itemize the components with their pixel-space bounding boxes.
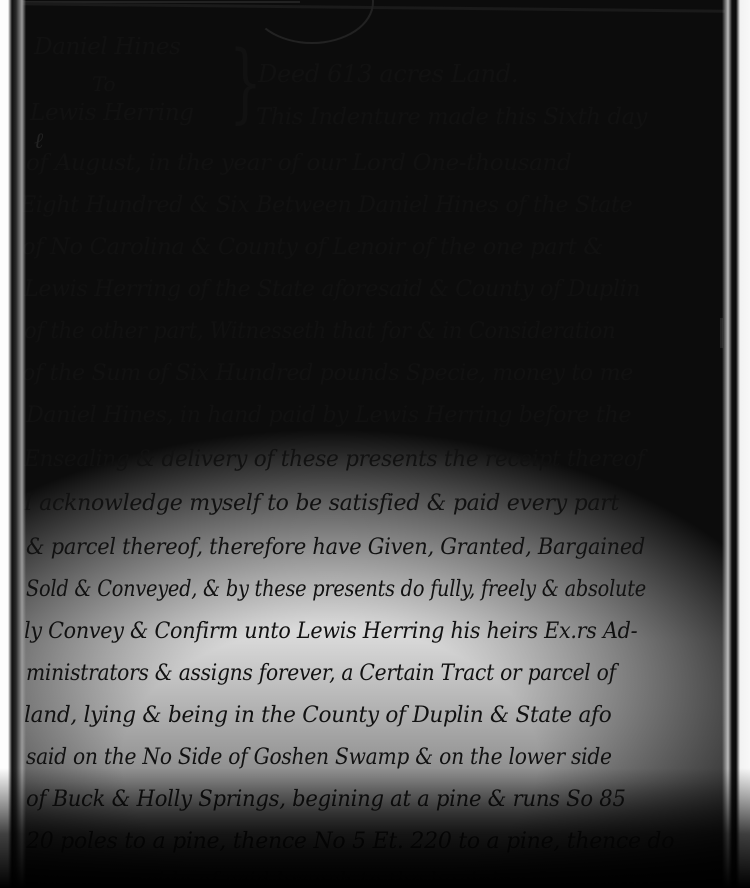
deed-line: Daniel Hines, in hand paid by Lewis Herr… (26, 402, 631, 428)
deed-line: ministrators & assigns forever, a Certai… (26, 660, 616, 686)
deed-title: Deed 613 acres Land. (258, 60, 518, 88)
deed-line: Ensealing & delivery of these presents t… (24, 446, 644, 472)
bottom-scan-shadow (0, 768, 750, 888)
deed-line: of No Carolina & County of Lenoir of the… (22, 234, 603, 260)
deed-line: ly Convey & Confirm unto Lewis Herring h… (24, 618, 637, 644)
binding-shadow (0, 0, 26, 888)
deed-line: of the Sum of Six Hundred pounds Specie,… (22, 360, 633, 386)
margin-grantee: Lewis Herring (30, 100, 194, 126)
deed-line: said on the No Side of Goshen Swamp & on… (26, 744, 612, 770)
deed-line: Lewis Herring of the State aforesaid & C… (24, 276, 640, 302)
deed-line: This Indenture made this Sixth day (256, 104, 647, 130)
scanned-deed-page: Daniel Hines To Lewis Herring } ℓ Deed 6… (0, 0, 750, 888)
page-right-border (722, 0, 750, 888)
deed-line: Sold & Conveyed, & by these presents do … (26, 576, 646, 602)
deed-line: Eight Hundred & Six Between Daniel Hines… (20, 192, 632, 218)
margin-grantor: Daniel Hines (34, 34, 181, 60)
deed-line: I acknowledge myself to be satisfied & p… (24, 490, 619, 516)
deed-line: of August, in the year of our Lord One-t… (26, 150, 571, 176)
flourish-loop (250, 0, 374, 44)
deed-line: & parcel thereof, therefore have Given, … (26, 534, 645, 560)
deed-line: land, lying & being in the County of Dup… (24, 702, 611, 728)
deed-line: of the other part, Witnesseth that for &… (24, 318, 615, 344)
margin-to: To (92, 72, 115, 96)
